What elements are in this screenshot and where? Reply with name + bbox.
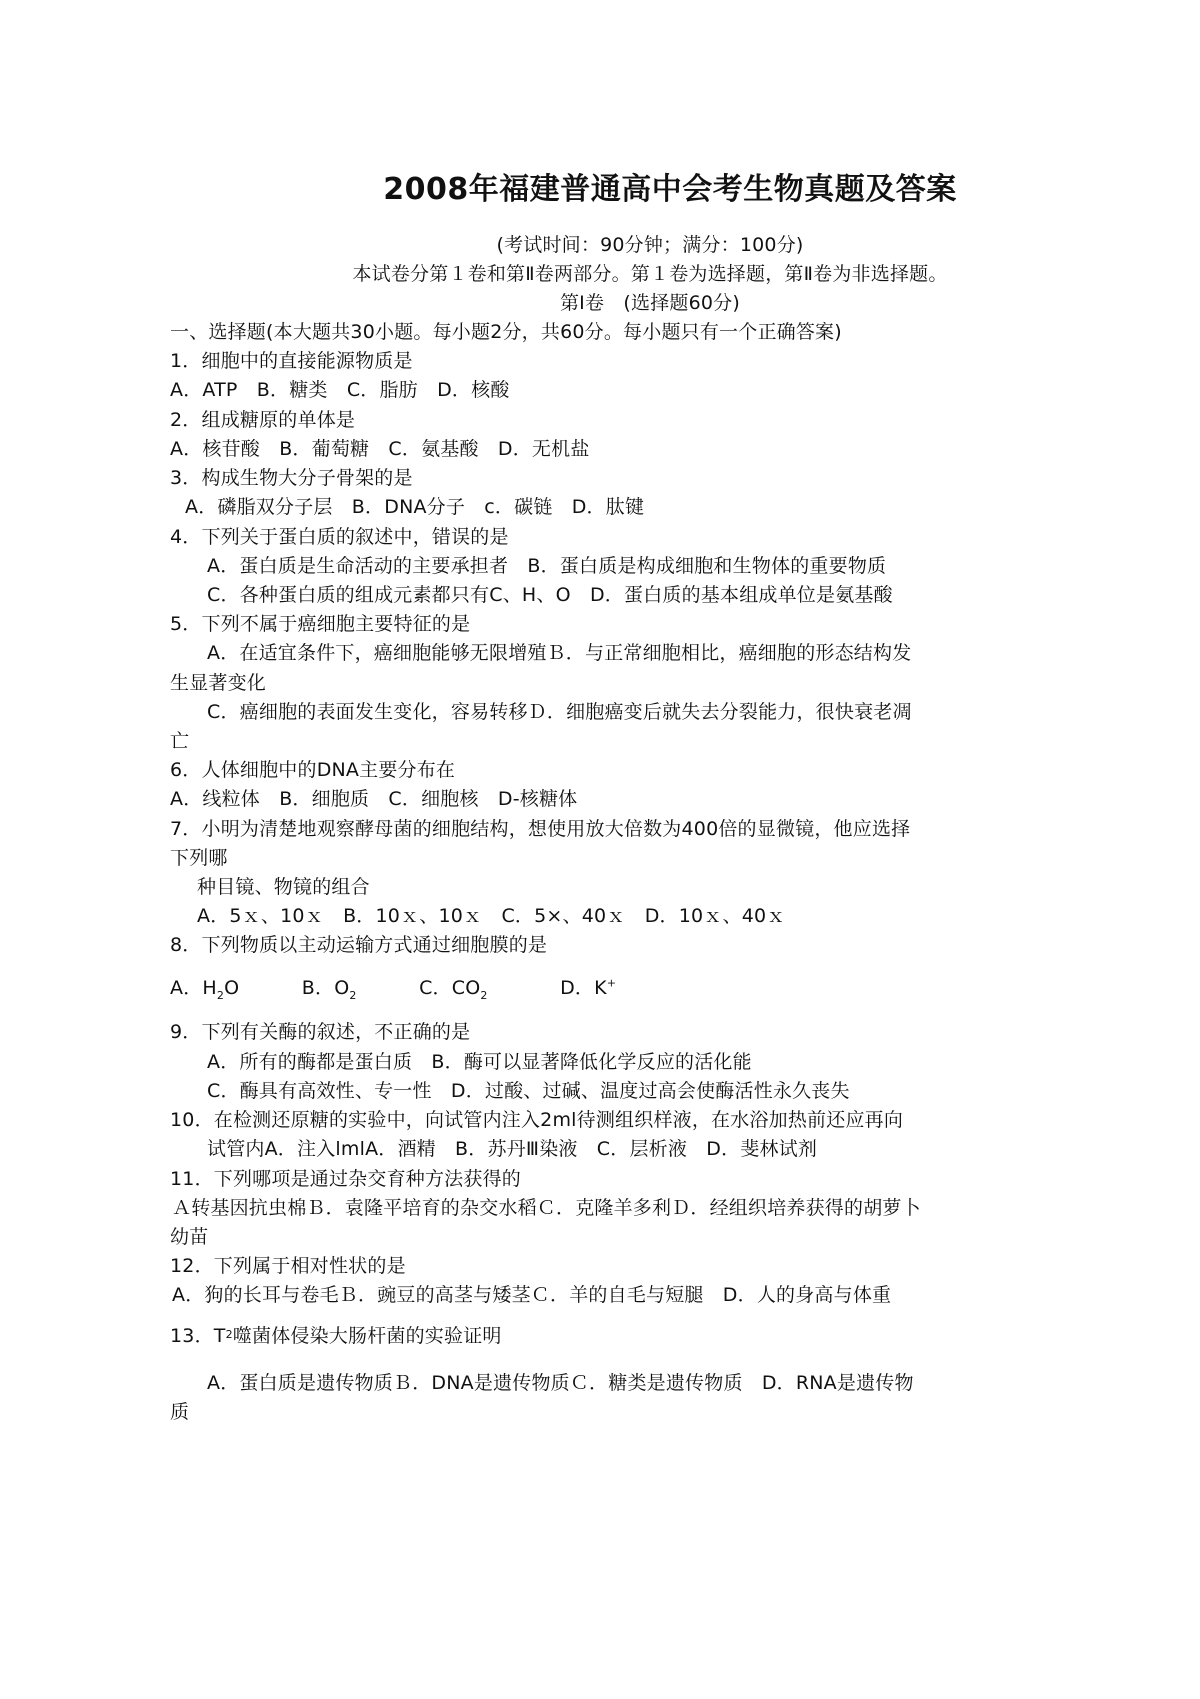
question-7-options: A．5ｘ、10ｘ B．10ｘ、10ｘ C．5×、40ｘ D．10ｘ、40ｘ [197, 904, 786, 928]
question-3-stem: 3．构成生物大分子骨架的是 [170, 466, 413, 490]
question-13-stem: 13．T2噬菌体侵染大肠杆菌的实验证明 [170, 1323, 502, 1348]
question-7-stem-cont2: 种目镜、物镜的组合 [197, 875, 370, 899]
question-5-options-ab-cont: 生显著变化 [170, 671, 266, 695]
question-1-options: A．ATP B．糖类 C．脂肪 D．核酸 [170, 378, 510, 402]
question-13-options-cont: 质 [170, 1400, 189, 1424]
question-7-stem-cont: 下列哪 [170, 846, 228, 870]
document-title: 2008年福建普通高中会考生物真题及答案 [0, 170, 1200, 210]
question-7-stem: 7．小明为清楚地观察酵母菌的细胞结构，想使用放大倍数为400倍的显微镜，他应选择 [170, 817, 910, 841]
exam-info: (考试时间：90分钟；满分：100分) [0, 233, 1120, 257]
question-1-stem: 1．细胞中的直接能源物质是 [170, 349, 413, 373]
option-d: D．K+ [560, 977, 616, 999]
question-9-options-ab: A．所有的酶都是蛋白质 B．酶可以显著降低化学反应的活化能 [207, 1050, 752, 1074]
question-8-stem: 8．下列物质以主动运输方式通过细胞膜的是 [170, 933, 547, 957]
question-4-options-cd: C．各种蛋白质的组成元素都只有C、H、O D．蛋白质的基本组成单位是氨基酸 [207, 583, 893, 607]
question-9-options-cd: C．酶具有高效性、专一性 D．过酸、过碱、温度过高会使酶活性永久丧失 [207, 1079, 850, 1103]
question-11-options-cont: 幼苗 [170, 1225, 208, 1249]
question-4-options-ab: A．蛋白质是生命活动的主要承担者 B．蛋白质是构成细胞和生物体的重要物质 [207, 554, 886, 578]
question-8-options: A．H2O B．O2 C．CO2 D．K+ [170, 972, 616, 1008]
question-5-stem: 5．下列不属于癌细胞主要特征的是 [170, 612, 470, 636]
question-13-options: A．蛋白质是遗传物质Ｂ．DNA是遗传物质Ｃ．糖类是遗传物质 D．RNA是遗传物 [207, 1371, 914, 1395]
question-10-options: 试管内A．注入lmlA．酒精 B．苏丹Ⅲ染液 C．层析液 D．斐林试剂 [207, 1137, 817, 1161]
question-12-options: A．狗的长耳与卷毛Ｂ．豌豆的高茎与矮茎Ｃ．羊的自毛与短腿 D．人的身高与体重 [172, 1283, 891, 1307]
question-2-options: A．核苷酸 B．葡萄糖 C．氨基酸 D．无机盐 [170, 437, 590, 461]
option-a: A．H2O [170, 977, 239, 999]
section1-heading: 一、选择题(本大题共30小题。每小题2分，共60分。每小题只有一个正确答案) [170, 320, 842, 344]
question-5-options-cd-cont: 亡 [170, 729, 189, 753]
question-3-options: A．磷脂双分子层 B．DNA分子 c．碳链 D．肽键 [185, 495, 644, 519]
question-11-stem: 11．下列哪项是通过杂交育种方法获得的 [170, 1167, 521, 1191]
question-11-options: Ａ转基因抗虫棉Ｂ．袁隆平培育的杂交水稻Ｃ．克隆羊多利Ｄ．经组织培养获得的胡萝卜 [172, 1196, 921, 1220]
question-9-stem: 9．下列有关酶的叙述，不正确的是 [170, 1020, 470, 1044]
question-6-options: A．线粒体 B．细胞质 C．细胞核 D-核糖体 [170, 787, 577, 811]
question-2-stem: 2．组成糖原的单体是 [170, 408, 355, 432]
question-4-stem: 4．下列关于蛋白质的叙述中，错误的是 [170, 525, 509, 549]
question-10-stem: 10．在检测还原糖的实验中，向试管内注入2ml待测组织样液，在水浴加热前还应再向 [170, 1108, 903, 1132]
option-c: C．CO2 [419, 977, 488, 999]
question-5-options-cd: C．癌细胞的表面发生变化，容易转移Ｄ．细胞癌变后就失去分裂能力，很快衰老凋 [207, 700, 912, 724]
question-6-stem: 6．人体细胞中的DNA主要分布在 [170, 758, 455, 782]
structure-note: 本试卷分第１卷和第Ⅱ卷两部分。第１卷为选择题，第Ⅱ卷为非选择题。 [0, 262, 1120, 286]
question-5-options-ab: A．在适宜条件下，癌细胞能够无限增殖Ｂ．与正常细胞相比，癌细胞的形态结构发 [207, 641, 911, 665]
question-12-stem: 12．下列属于相对性状的是 [170, 1254, 406, 1278]
exam-page: 2008年福建普通高中会考生物真题及答案 (考试时间：90分钟；满分：100分)… [0, 0, 1200, 1699]
part1-heading: 第Ⅰ卷 (选择题60分) [0, 291, 1120, 315]
option-b: B．O2 [302, 977, 357, 999]
